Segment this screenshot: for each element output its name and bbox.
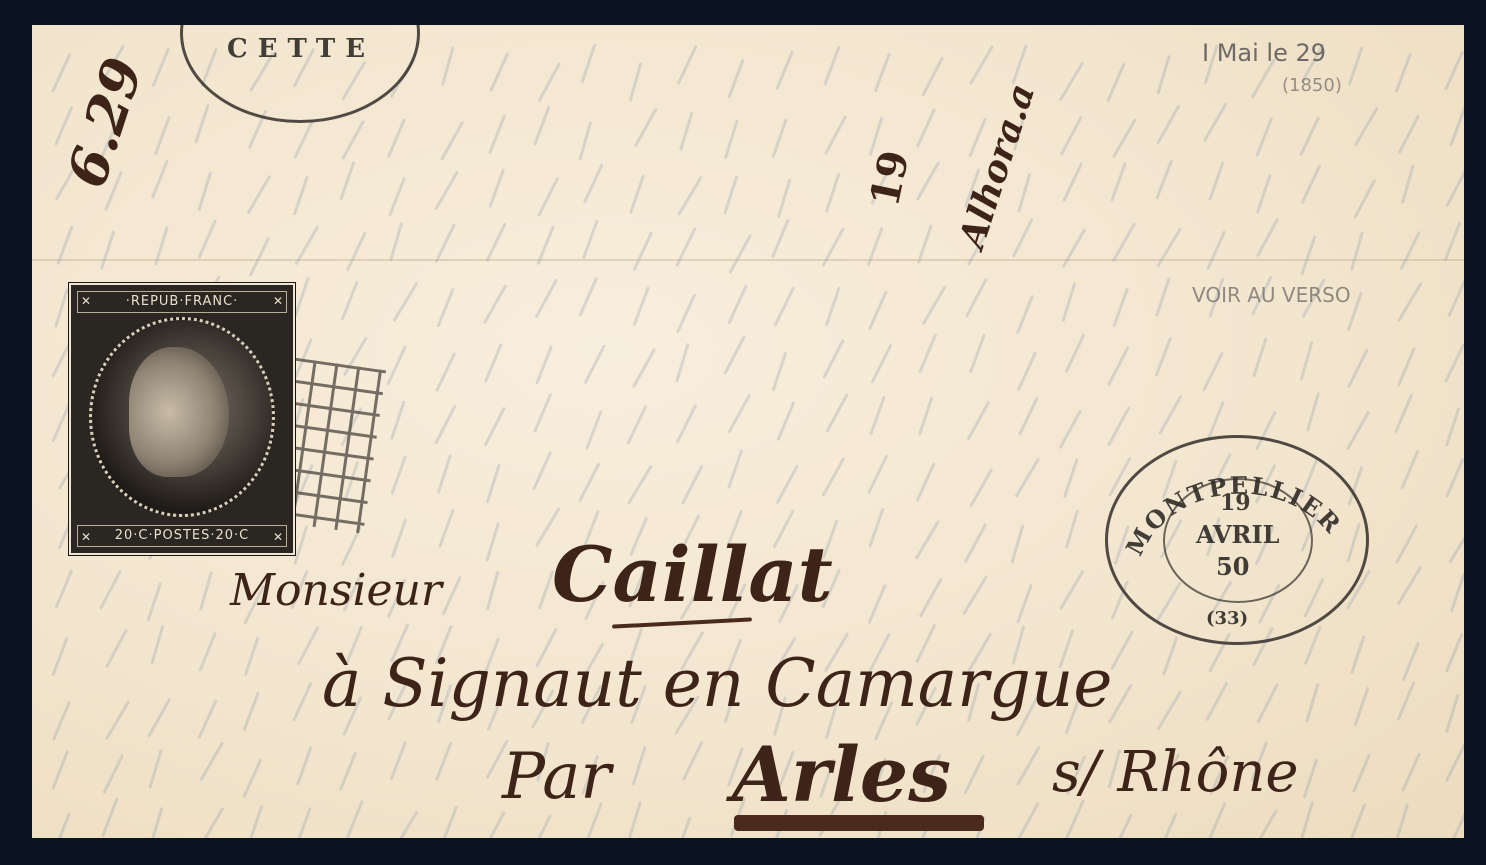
pencil-note-date: I Mai le 29 [1202,39,1326,67]
stamp-corner-icon: ✕ [271,294,285,308]
postmark-year: 50 [1216,552,1249,581]
fold-line [32,259,1464,261]
address-via-prefix: Par [502,740,611,814]
stamp-corner-icon: ✕ [271,530,285,544]
postmark-montpellier: MONTPELLIER 19 AVRIL 50 (33) [1105,435,1369,645]
postmark-department: (33) [1206,608,1248,629]
stamp-corner-icon: ✕ [79,294,93,308]
ceres-stamp: ·REPUB·FRANC· ✕ ✕ 20·C·POSTES·20·C ✕ ✕ [69,283,295,555]
pencil-note-voir-au-verso: VOIR AU VERSO [1192,283,1351,307]
postmark-day: 19 [1220,490,1251,516]
address-via-suffix: s/ Rhône [1052,740,1299,805]
address-via-city: Arles [732,730,951,819]
postal-cover: CETTE 6.29 19 Alhora.a I Mai le 29 (1850… [32,25,1464,838]
address-salutation: Monsieur [230,565,442,616]
stamp-corner-icon: ✕ [79,530,93,544]
pencil-note-year: (1850) [1282,75,1342,96]
ink-underline-bar [734,815,984,831]
ceres-head-portrait [129,347,229,477]
stamp-top-inscription: ·REPUB·FRANC· [77,291,287,313]
address-recipient-name: Caillat [552,530,833,619]
address-destination: à Signaut en Camargue [322,645,1112,722]
postmark-month: AVRIL [1196,520,1280,549]
postmark-partial-text: CETTE [227,34,375,64]
stamp-bottom-inscription: 20·C·POSTES·20·C [77,525,287,547]
